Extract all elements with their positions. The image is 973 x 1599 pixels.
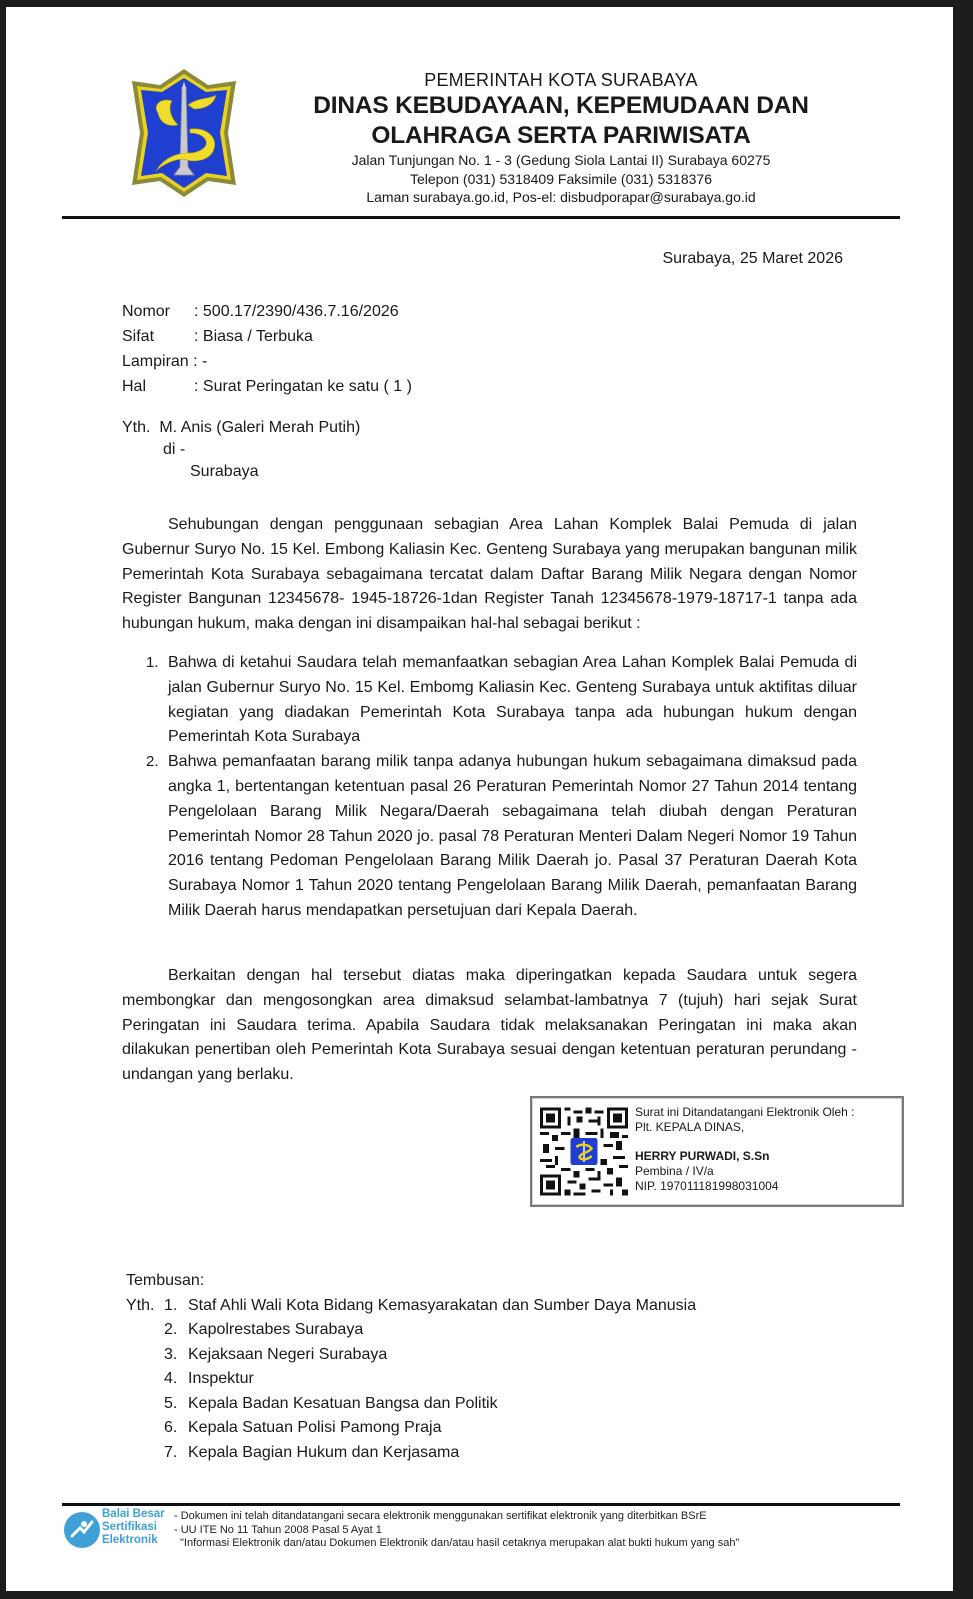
body-paragraph-1: Sehubungan dengan penggunaan sebagian Ar… xyxy=(122,513,857,637)
meta-value: : 500.17/2390/436.7.16/2026 xyxy=(194,299,399,324)
letterhead: PEMERINTAH KOTA SURABAYA DINAS KEBUDAYAA… xyxy=(256,69,866,207)
footer-note: "Informasi Elektronik dan/atau Dokumen E… xyxy=(174,1537,739,1551)
cc-number: 6. xyxy=(164,1416,188,1441)
meta-row-hal: Hal : Surat Peringatan ke satu ( 1 ) xyxy=(122,374,412,399)
cc-number: 3. xyxy=(164,1343,188,1368)
cc-text: Kepala Badan Kesatuan Bangsa dan Politik xyxy=(188,1392,498,1417)
cc-text: Staf Ahli Wali Kota Bidang Kemasyarakata… xyxy=(188,1294,696,1319)
cc-item: 4.Inspektur xyxy=(126,1367,696,1392)
letter-meta: Nomor : 500.17/2390/436.7.16/2026 Sifat … xyxy=(122,299,412,399)
signer-rank: Pembina / IV/a xyxy=(635,1164,854,1179)
department-name-line1: DINAS KEBUDAYAAN, KEPEMUDAAN DAN xyxy=(256,91,866,121)
meta-label: Nomor xyxy=(122,299,194,324)
office-phone: Telepon (031) 5318409 Faksimile (031) 53… xyxy=(256,170,866,189)
bsre-line: Elektronik xyxy=(102,1534,165,1547)
list-item: 2. Bahwa pemanfaatan barang milik tanpa … xyxy=(146,750,857,924)
cc-number: 5. xyxy=(164,1392,188,1417)
qr-code-icon[interactable] xyxy=(540,1105,628,1198)
cc-number: 4. xyxy=(164,1367,188,1392)
signer-nip: NIP. 197011181998031004 xyxy=(635,1179,854,1194)
cc-text: Kepala Satuan Polisi Pamong Praja xyxy=(188,1416,442,1441)
signature-heading: Surat ini Ditandatangani Elektronik Oleh… xyxy=(635,1105,854,1120)
cc-item: 6.Kepala Satuan Polisi Pamong Praja xyxy=(126,1416,696,1441)
cc-item: 7.Kepala Bagian Hukum dan Kerjasama xyxy=(126,1441,696,1466)
meta-label: Hal xyxy=(122,374,194,399)
list-item: 1. Bahwa di ketahui Saudara telah memanf… xyxy=(146,651,857,750)
footer-note: - Dokumen ini telah ditandatangani secar… xyxy=(174,1510,739,1524)
letterhead-divider xyxy=(62,216,900,219)
meta-label: Lampiran xyxy=(122,349,189,374)
list-text: Bahwa di ketahui Saudara telah memanfaat… xyxy=(168,651,857,750)
department-name-line2: OLAHRAGA SERTA PARIWISATA xyxy=(256,121,866,151)
meta-value: : - xyxy=(193,349,207,374)
list-number: 2. xyxy=(146,750,168,924)
body-points: 1. Bahwa di ketahui Saudara telah memanf… xyxy=(146,651,857,924)
cc-item: 2.Kapolrestabes Surabaya xyxy=(126,1318,696,1343)
meta-value: : Surat Peringatan ke satu ( 1 ) xyxy=(194,374,412,399)
office-address: Jalan Tunjungan No. 1 - 3 (Gedung Siola … xyxy=(256,151,866,170)
cc-prefix: Yth. xyxy=(126,1294,164,1319)
addressee-name: Yth. M. Anis (Galeri Merah Putih) xyxy=(122,417,360,439)
cc-number: 7. xyxy=(164,1441,188,1466)
cc-text: Inspektur xyxy=(188,1367,254,1392)
cc-title: Tembusan: xyxy=(126,1269,696,1294)
cc-number: 1. xyxy=(164,1294,188,1319)
meta-row-nomor: Nomor : 500.17/2390/436.7.16/2026 xyxy=(122,299,412,324)
electronic-signature-box: Surat ini Ditandatangani Elektronik Oleh… xyxy=(530,1096,904,1207)
cc-number: 2. xyxy=(164,1318,188,1343)
body-paragraph-2: Berkaitan dengan hal tersebut diatas mak… xyxy=(122,964,857,1088)
bsre-logo-icon xyxy=(62,1510,102,1550)
cc-text: Kapolrestabes Surabaya xyxy=(188,1318,363,1343)
signature-details: Surat ini Ditandatangani Elektronik Oleh… xyxy=(635,1105,854,1194)
meta-row-sifat: Sifat : Biasa / Terbuka xyxy=(122,324,412,349)
signer-position: Plt. KEPALA DINAS, xyxy=(635,1120,854,1135)
carbon-copy-list: Tembusan: Yth.1.Staf Ahli Wali Kota Bida… xyxy=(126,1269,696,1465)
addressee: Yth. M. Anis (Galeri Merah Putih) di - S… xyxy=(122,417,360,483)
list-number: 1. xyxy=(146,651,168,750)
meta-row-lampiran: Lampiran : - xyxy=(122,349,412,374)
footer-note: - UU ITE No 11 Tahun 2008 Pasal 5 Ayat 1 xyxy=(174,1524,739,1538)
surabaya-city-crest-icon xyxy=(128,67,240,199)
addressee-di: di - xyxy=(122,439,360,461)
meta-label: Sifat xyxy=(122,324,194,349)
addressee-city: Surabaya xyxy=(122,461,360,483)
footer-divider xyxy=(62,1503,900,1506)
cc-item: 5.Kepala Badan Kesatuan Bangsa dan Polit… xyxy=(126,1392,696,1417)
signer-name: HERRY PURWADI, S.Sn xyxy=(635,1149,854,1164)
bsre-name: Balai Besar Sertifikasi Elektronik xyxy=(102,1508,165,1547)
government-name: PEMERINTAH KOTA SURABAYA xyxy=(256,69,866,91)
letter-page: PEMERINTAH KOTA SURABAYA DINAS KEBUDAYAA… xyxy=(6,7,953,1591)
bsre-line: Sertifikasi xyxy=(102,1521,165,1534)
meta-value: : Biasa / Terbuka xyxy=(194,324,313,349)
bsre-line: Balai Besar xyxy=(102,1508,165,1521)
list-text: Bahwa pemanfaatan barang milik tanpa ada… xyxy=(168,750,857,924)
footer-notes: - Dokumen ini telah ditandatangani secar… xyxy=(174,1510,739,1551)
cc-text: Kejaksaan Negeri Surabaya xyxy=(188,1343,387,1368)
cc-item: Yth.1.Staf Ahli Wali Kota Bidang Kemasya… xyxy=(126,1294,696,1319)
cc-text: Kepala Bagian Hukum dan Kerjasama xyxy=(188,1441,459,1466)
letter-date: Surabaya, 25 Maret 2026 xyxy=(662,250,843,268)
office-web: Laman surabaya.go.id, Pos-el: disbudpora… xyxy=(256,188,866,207)
cc-item: 3.Kejaksaan Negeri Surabaya xyxy=(126,1343,696,1368)
